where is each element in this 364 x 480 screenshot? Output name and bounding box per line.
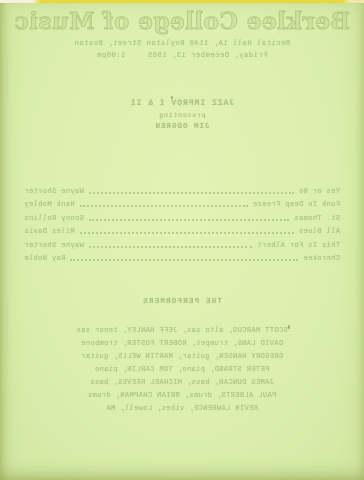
piece-composer: Ray Noble xyxy=(24,255,65,263)
program-row: Yes or No Wayne Shorter xyxy=(24,182,340,196)
program-list: Yes or No Wayne Shorter Funk In Deep Fre… xyxy=(24,182,340,263)
piece-composer: Miles Davis xyxy=(24,228,75,236)
piece-title: All Blues xyxy=(299,228,340,236)
performer-line: JAMES DUNCAN, bass, MICHAEL REEVES, bass xyxy=(0,379,364,392)
program-row: St. Thomas Sonny Rollins xyxy=(24,209,340,223)
date-line: Friday, December 13, 19851:00pm xyxy=(0,52,364,60)
dotted-leader xyxy=(89,219,289,221)
event-time: 1:00pm xyxy=(97,52,126,60)
piece-title: St. Thomas xyxy=(294,215,340,223)
performer-line: PAUL ALBERTS, drums, BRIAN CHAPMAN, drum… xyxy=(0,392,364,405)
dotted-leader xyxy=(89,246,252,248)
ensemble-subtitle: presenting xyxy=(0,112,364,119)
ensemble-title: JAZZ IMPROV I & II xyxy=(0,99,364,108)
piece-composer: Sonny Rollins xyxy=(24,215,84,223)
performers-roster: SCOTT MARCUS, alto sax, JEFF HANLEY, ten… xyxy=(0,327,364,418)
performers-heading: THE PERFORMERS xyxy=(0,298,364,306)
venue-address: Recital Hall 1A, 1140 Boylston Street, B… xyxy=(0,40,364,48)
dotted-leader xyxy=(80,232,294,234)
director-name: JIM ODGREN xyxy=(0,123,364,131)
piece-title: Funk In Deep Freeze xyxy=(253,201,340,209)
scan-speck xyxy=(288,325,290,329)
performer-line: SCOTT MARCUS, alto sax, JEFF HANLEY, ten… xyxy=(0,327,364,340)
program-row: This Is For Albert Wayne Shorter xyxy=(24,236,340,250)
dotted-leader xyxy=(89,192,294,194)
piece-composer: Wayne Shorter xyxy=(24,188,84,196)
event-date: Friday, December 13, 1985 xyxy=(147,52,267,60)
scan-edge-strip xyxy=(0,0,364,3)
program-row: Funk In Deep Freeze Hank Mobley xyxy=(24,196,340,210)
performer-line: GREGORY HANSEN, guitar, MARTIN WELLS, gu… xyxy=(0,353,364,366)
dotted-leader xyxy=(70,259,298,261)
performer-line: DAVID LANG, trumpet, ROBERT FOSTER, trom… xyxy=(0,340,364,353)
piece-title: Cherokee xyxy=(303,255,340,263)
program-row: Cherokee Ray Noble xyxy=(24,250,340,264)
mirrored-sheet-content: Berklee College of Music Recital Hall 1A… xyxy=(0,0,364,480)
scan-speck xyxy=(171,96,173,99)
program-row: All Blues Miles Davis xyxy=(24,223,340,237)
piece-composer: Wayne Shorter xyxy=(24,242,84,250)
performer-line: KEVIN LAWRENCE, vibes, Lowell, MA xyxy=(0,405,364,418)
scanned-program-page: Berklee College of Music Recital Hall 1A… xyxy=(0,0,364,480)
piece-title: Yes or No xyxy=(299,188,340,196)
performer-line: PETER STRAND, piano, TOM CARLIN, piano xyxy=(0,366,364,379)
college-logo: Berklee College of Music xyxy=(0,8,364,35)
piece-title: This Is For Albert xyxy=(257,242,340,250)
piece-composer: Hank Mobley xyxy=(24,201,75,209)
dotted-leader xyxy=(80,205,248,207)
